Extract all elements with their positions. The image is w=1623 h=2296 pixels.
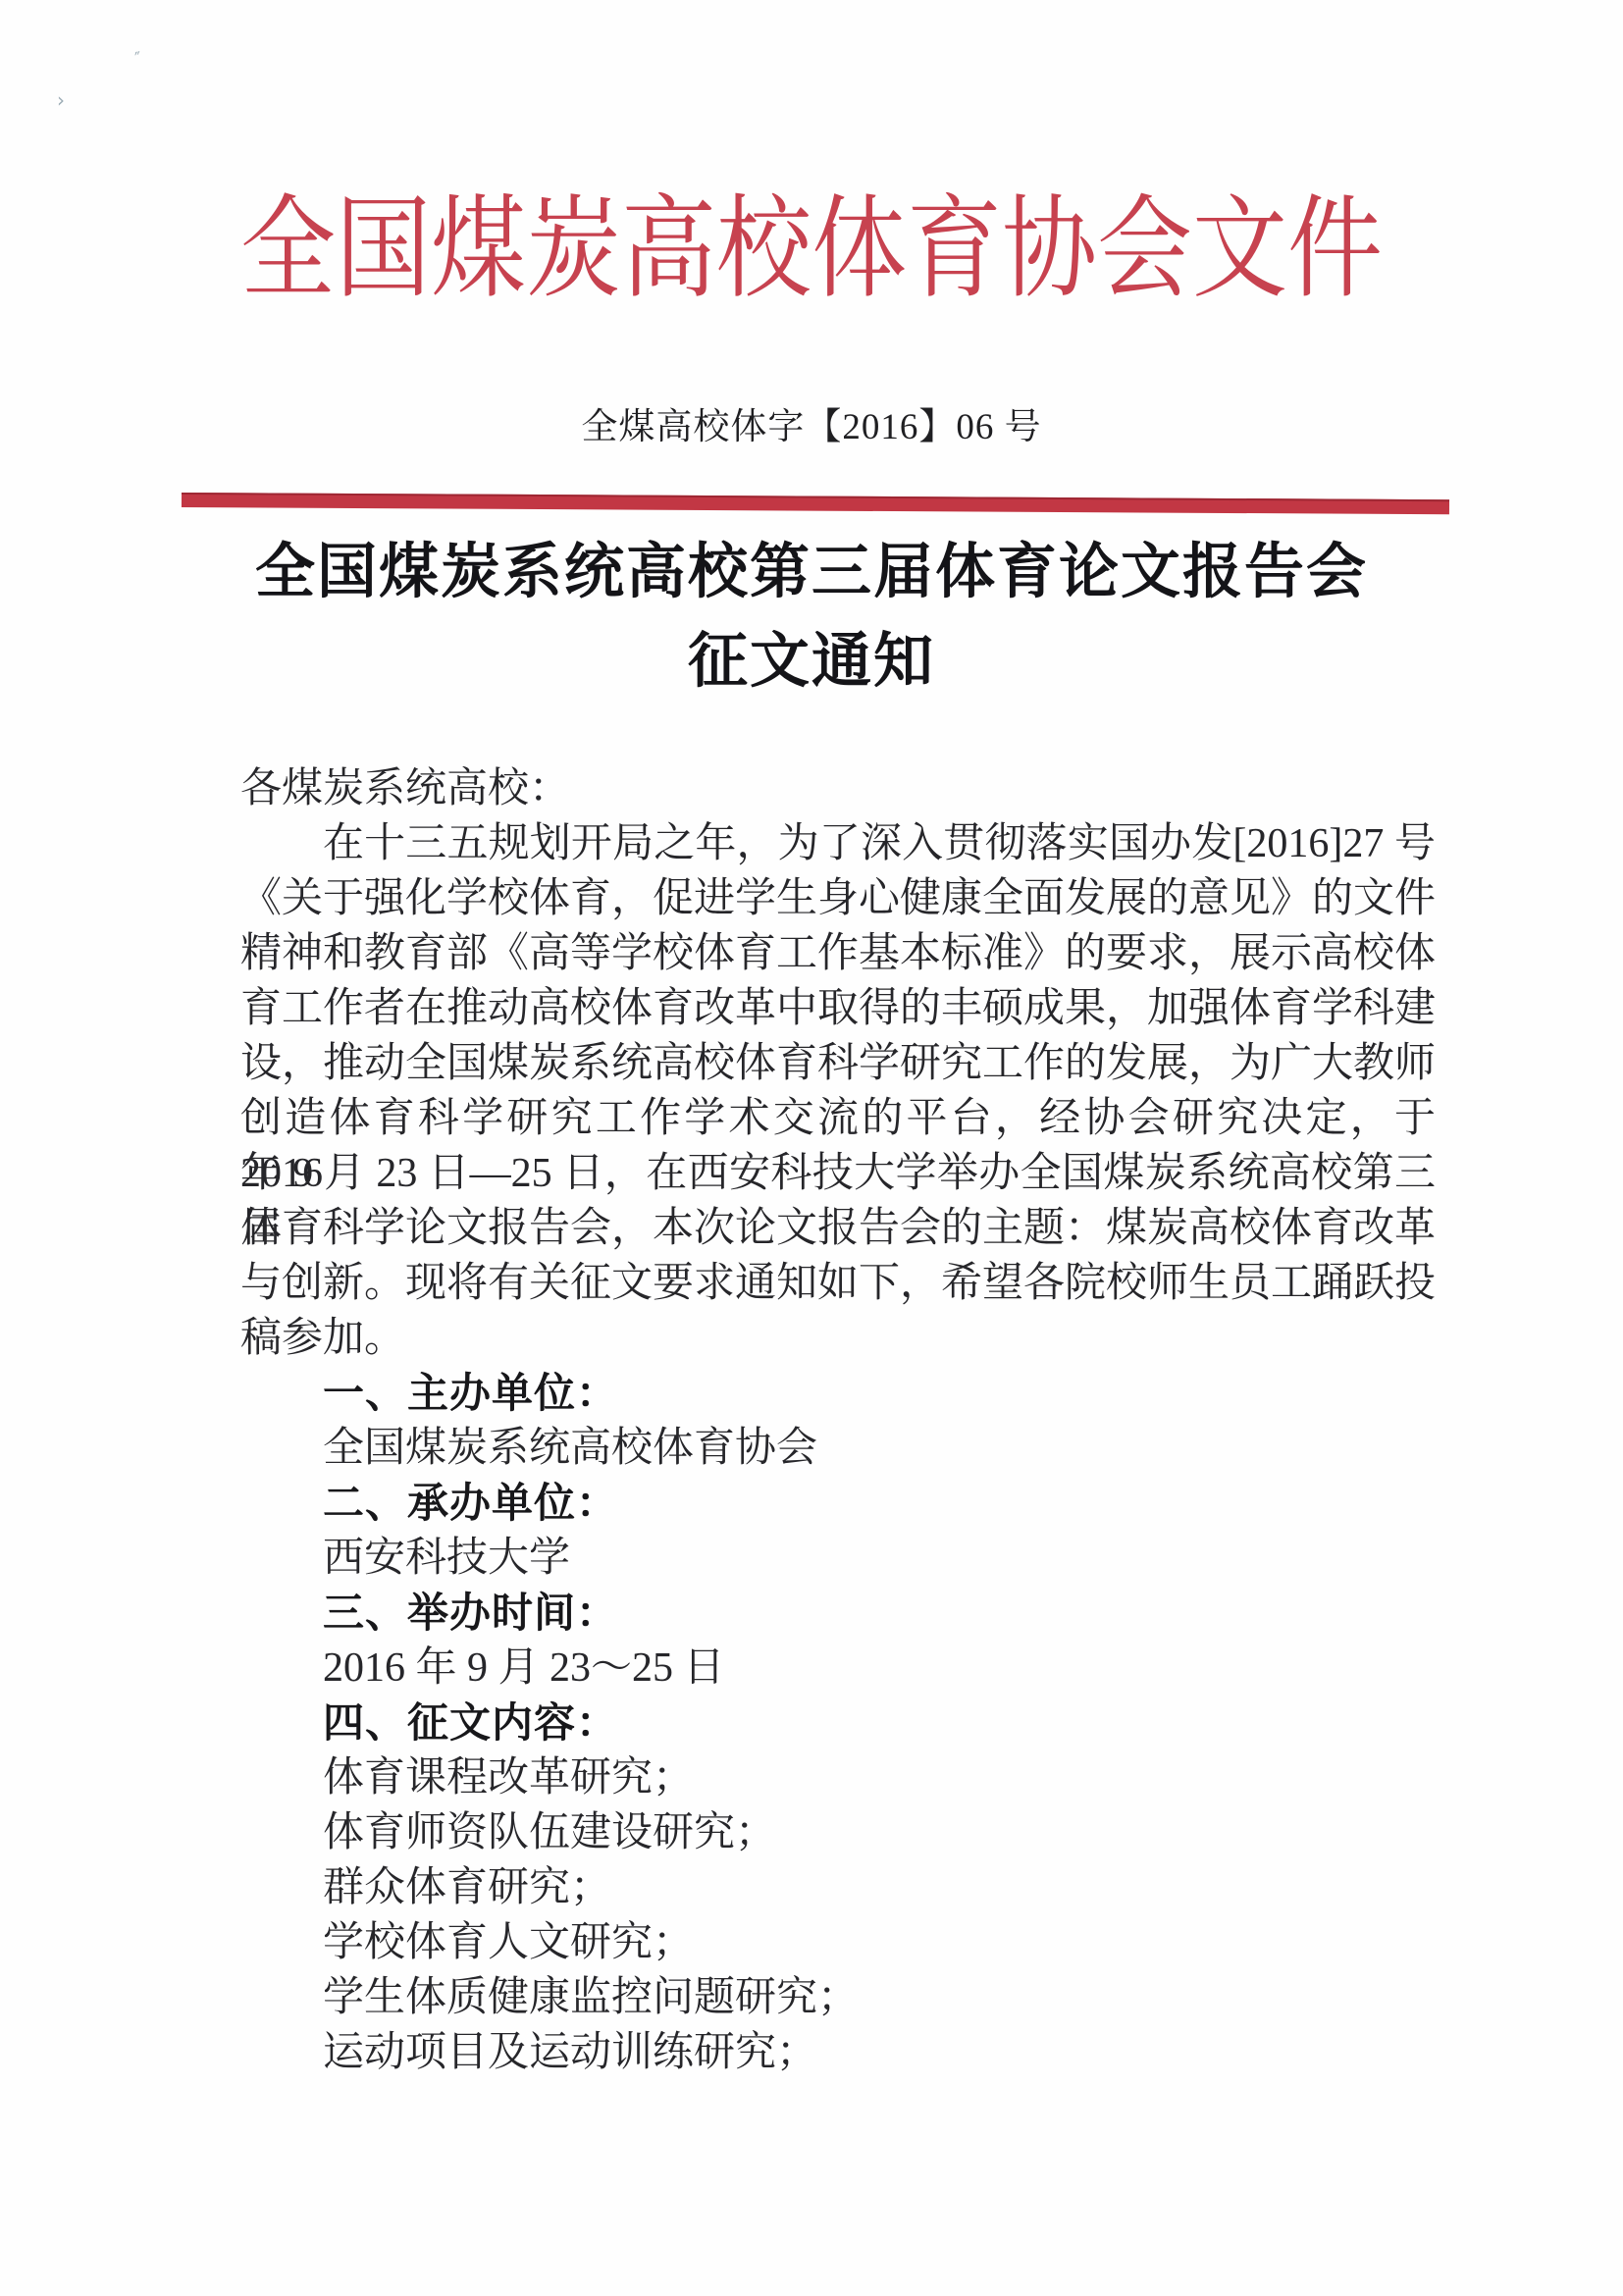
section-heading-topics: 四、征文内容： [240, 1696, 1436, 1750]
topic-item: 体育课程改革研究； [240, 1750, 1436, 1805]
topic-item: 体育师资队伍建设研究； [240, 1805, 1436, 1860]
salutation-line: 各煤炭系统高校： [240, 761, 1436, 816]
paragraph-line: 设，推动全国煤炭系统高校体育科学研究工作的发展，为广大教师 [240, 1036, 1436, 1091]
notice-title: 全国煤炭系统高校第三届体育论文报告会 征文通知 [0, 528, 1623, 706]
paragraph-line: 育工作者在推动高校体育改革中取得的丰硕成果，加强体育学科建 [240, 981, 1436, 1036]
red-letterhead-text: 全国煤炭高校体育协会文件 [240, 184, 1383, 314]
notice-title-line2: 征文通知 [0, 617, 1623, 706]
scan-artifact [57, 88, 65, 112]
paragraph-line: 年 9 月 23 日—25 日，在西安科技大学举办全国煤炭系统高校第三届 [240, 1146, 1436, 1201]
scanned-document-page: 全国煤炭高校体育协会文件 全煤高校体字【2016】06 号 全国煤炭系统高校第三… [0, 0, 1623, 2296]
section-heading-host: 一、主办单位： [240, 1366, 1436, 1421]
paragraph-line: 与创新。现将有关征文要求通知如下，希望各院校师生员工踊跃投 [240, 1256, 1436, 1311]
section-content: 2016 年 9 月 23～25 日 [240, 1641, 1436, 1696]
paragraph-line: 《关于强化学校体育，促进学生身心健康全面发展的意见》的文件 [240, 871, 1436, 926]
paragraph-line: 体育科学论文报告会，本次论文报告会的主题：煤炭高校体育改革 [240, 1201, 1436, 1256]
paragraph-line: 精神和教育部《高等学校体育工作基本标准》的要求，展示高校体 [240, 926, 1436, 981]
red-letterhead-title: 全国煤炭高校体育协会文件 [0, 195, 1623, 306]
scan-artifact [133, 49, 143, 70]
section-content: 全国煤炭系统高校体育协会 [240, 1421, 1436, 1476]
section-heading-time: 三、举办时间： [240, 1586, 1436, 1641]
section-content: 西安科技大学 [240, 1531, 1436, 1586]
topic-item: 学校体育人文研究； [240, 1915, 1436, 1970]
topic-item: 学生体质健康监控问题研究； [240, 1970, 1436, 2025]
document-number: 全煤高校体字【2016】06 号 [0, 408, 1623, 447]
topic-item: 运动项目及运动训练研究； [240, 2025, 1436, 2080]
section-heading-organizer: 二、承办单位： [240, 1476, 1436, 1531]
paragraph-line: 稿参加。 [240, 1311, 1436, 1366]
topic-item: 群众体育研究； [240, 1860, 1436, 1915]
red-divider-rule [182, 493, 1449, 514]
notice-title-line1: 全国煤炭系统高校第三届体育论文报告会 [0, 528, 1623, 617]
paragraph-line: 在十三五规划开局之年，为了深入贯彻落实国办发[2016]27 号 [240, 816, 1436, 871]
notice-body: 各煤炭系统高校： 在十三五规划开局之年，为了深入贯彻落实国办发[2016]27 … [240, 761, 1436, 2080]
paragraph-line: 创造体育科学研究工作学术交流的平台，经协会研究决定，于 2016 [240, 1091, 1436, 1146]
